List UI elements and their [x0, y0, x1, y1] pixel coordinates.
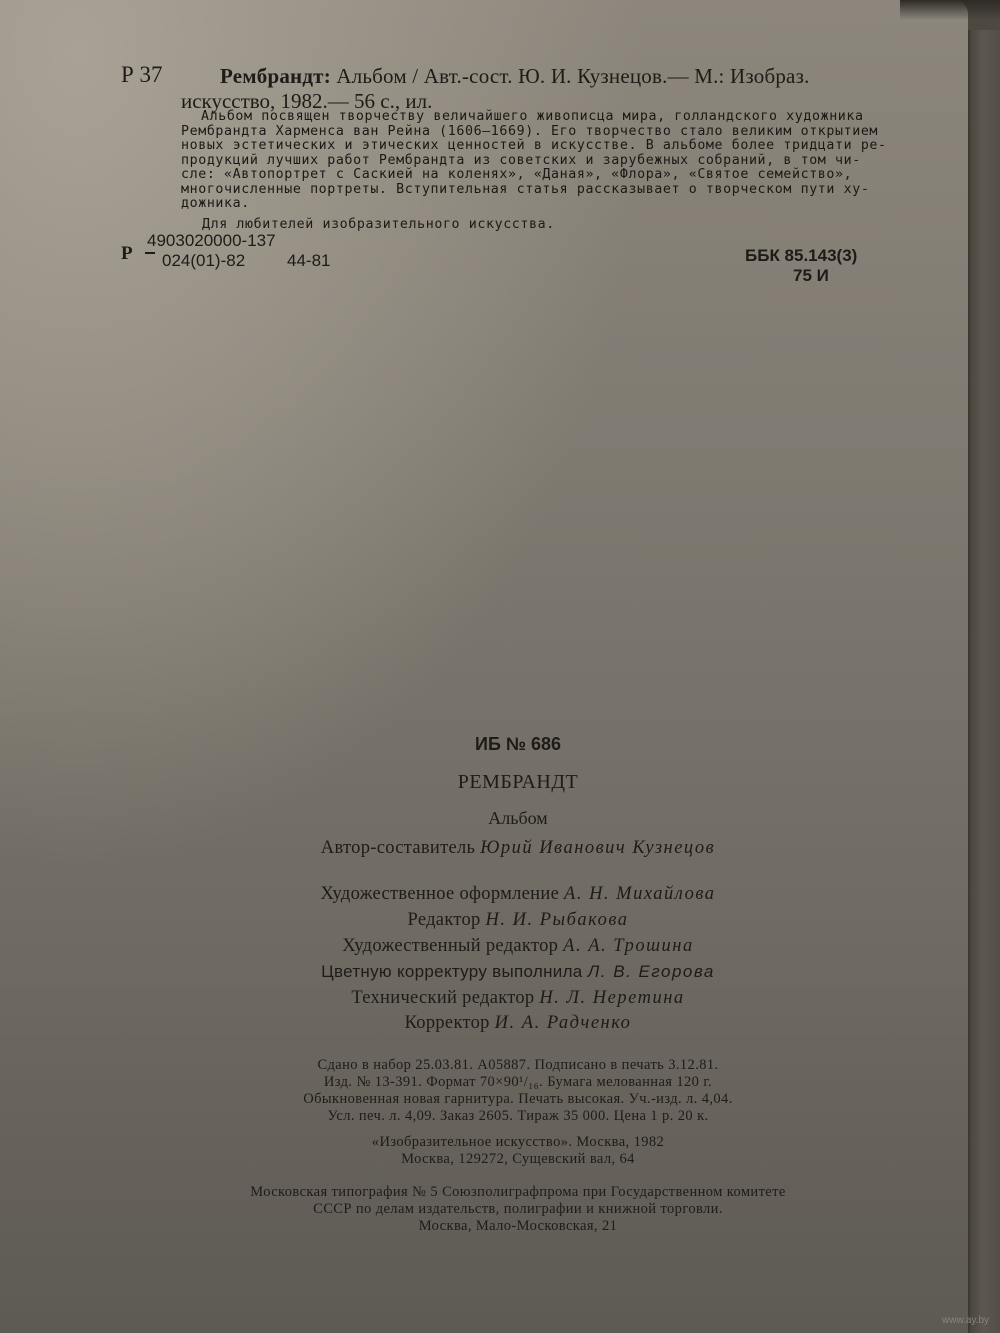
credit-line: Цветную корректуру выполнила Л. В. Егоро… [0, 962, 1000, 982]
technical-line: Сдано в набор 25.03.81. А05887. Подписан… [0, 1057, 1000, 1074]
catalog-title-bold: Рембрандт: [220, 64, 331, 88]
technical-line: Обыкновенная новая гарнитура. Печать выс… [0, 1091, 1000, 1108]
abstract-line: многочисленные портреты. Вступительная с… [181, 183, 905, 198]
catalog-title: Рембрандт: Альбом / Авт.-сост. Ю. И. Куз… [220, 64, 810, 89]
credit-role: Технический редактор [351, 988, 539, 1008]
publisher-line: «Изобразительное искусство». Москва, 198… [0, 1134, 1000, 1151]
watermark: www.ay.by [942, 1315, 989, 1326]
printer-line: СССР по делам издательств, полиграфии и … [0, 1201, 1000, 1218]
abstract-line: Альбом посвящен творчеству величайшего ж… [181, 110, 905, 125]
credit-line: Технический редактор Н. Л. Неретина [0, 988, 1000, 1009]
book-subtitle: Альбом [0, 808, 1000, 829]
author-line: Автор-составитель Юрий Иванович Кузнецов [0, 838, 1000, 859]
credit-role: Художественное оформление [320, 884, 564, 904]
page-shadow [900, 0, 1000, 20]
abstract-line: продукций лучших работ Рембрандта из сов… [181, 154, 905, 169]
abstract-line: Рембрандта Харменса ван Рейна (1606—1669… [181, 125, 905, 140]
credit-name: Н. Л. Неретина [539, 988, 684, 1008]
credit-role: Художественный редактор [342, 936, 563, 956]
abstract-line: новых эстетических и этических ценностей… [181, 139, 905, 154]
index-letter: Р [121, 243, 133, 265]
ib-number: ИБ № 686 [0, 734, 1000, 755]
technical-line: Изд. № 13-391. Формат 70×90¹/₁₆. Бумага … [0, 1074, 1000, 1091]
credit-role: Цветную корректуру выполнила [321, 962, 587, 981]
credit-role: Редактор [407, 910, 485, 930]
credit-line: Редактор Н. И. Рыбакова [0, 910, 1000, 931]
credit-line: Художественное оформление А. Н. Михайлов… [0, 884, 1000, 905]
publisher-address: Москва, 129272, Сущевский вал, 64 [0, 1151, 1000, 1168]
abstract-line: дожника. [181, 197, 905, 212]
catalog-abstract: Альбом посвящен творчеству величайшего ж… [181, 110, 905, 212]
catalog-audience: Для любителей изобразительного искусства… [202, 217, 555, 232]
bbk-code: ББК 85.143(3) [745, 246, 857, 266]
bbk-author-mark: 75 И [793, 266, 829, 286]
author-role: Автор-составитель [321, 838, 480, 858]
credit-line: Художественный редактор А. А. Трошина [0, 936, 1000, 957]
credit-name: А. А. Трошина [563, 936, 694, 956]
credit-line: Корректор И. А. Радченко [0, 1013, 1000, 1034]
abstract-line: сле: «Автопортрет с Саскией на коленях»,… [181, 168, 905, 183]
credit-name: Н. И. Рыбакова [486, 910, 629, 930]
printer-address: Москва, Мало-Московская, 21 [0, 1218, 1000, 1235]
catalog-title-rest: Альбом / Авт.-сост. Ю. И. Кузнецов.— М.:… [331, 64, 810, 88]
book-title: РЕМБРАНДТ [0, 771, 1000, 794]
printer-line: Московская типография № 5 Союзполиграфпр… [0, 1184, 1000, 1201]
credit-role: Корректор [405, 1013, 495, 1033]
index-denominator: 024(01)-82 [162, 251, 245, 271]
index-fraction-bar [145, 252, 155, 254]
index-numerator: 4903020000-137 [147, 231, 276, 251]
index-side-code: 44-81 [287, 251, 330, 271]
catalog-code: Р 37 [121, 62, 163, 88]
technical-line: Усл. печ. л. 4,09. Заказ 2605. Тираж 35 … [0, 1108, 1000, 1125]
credit-name: Л. В. Егорова [588, 962, 715, 981]
author-name: Юрий Иванович Кузнецов [480, 838, 715, 858]
credit-name: И. А. Радченко [495, 1013, 632, 1033]
credit-name: А. Н. Михайлова [564, 884, 716, 904]
